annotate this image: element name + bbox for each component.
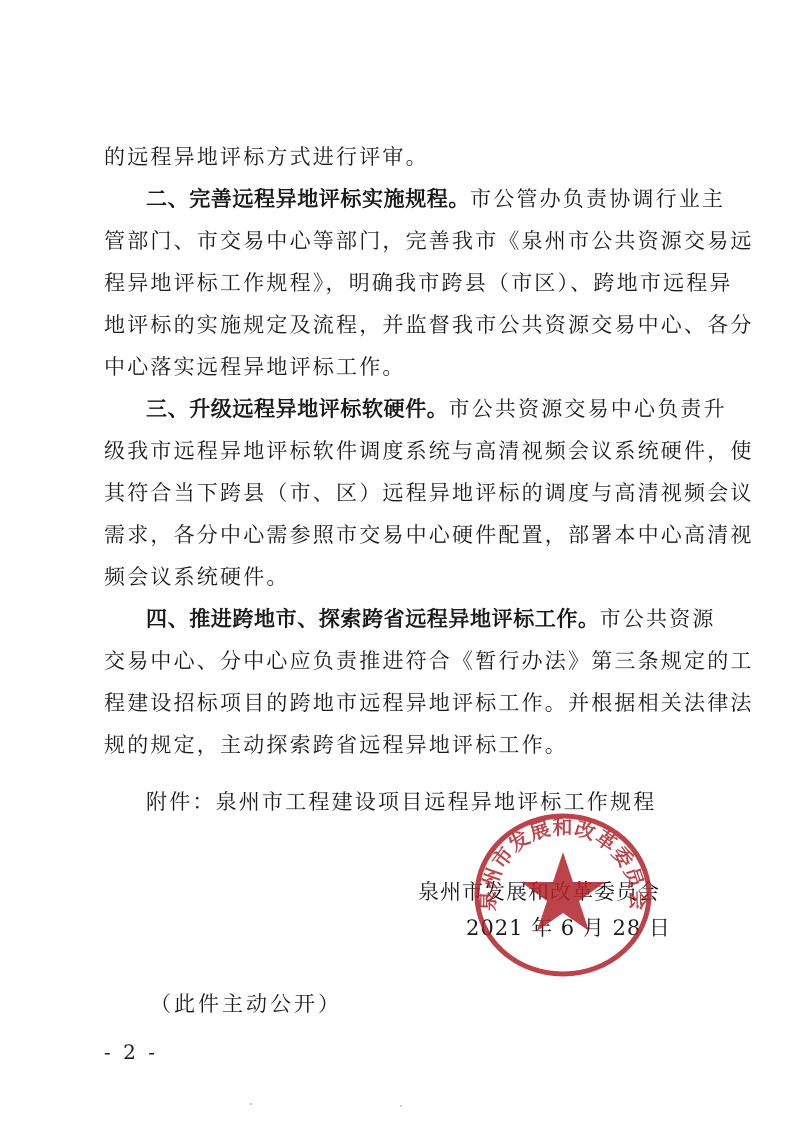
line-text: 程建设招标项目的跨地市远程异地评标工作。并根据相关法律法	[104, 691, 754, 715]
attachment-text: 附件：泉州市工程建设项目远程异地评标工作规程	[146, 790, 656, 814]
line-text: 交易中心、分中心应负责推进符合《暂行办法》第三条规定的工	[104, 649, 754, 673]
section-heading: 四、推进跨地市、探索跨省远程异地评标工作。	[146, 607, 600, 631]
paragraph-line: 管部门、市交易中心等部门，完善我市《泉州市公共资源交易远	[104, 227, 694, 255]
scan-speck	[400, 1105, 402, 1107]
paragraph-line: 交易中心、分中心应负责推进符合《暂行办法》第三条规定的工	[104, 647, 694, 675]
paragraph-line: 程异地评标工作规程》，明确我市跨县（市区）、跨地市远程异	[104, 269, 694, 297]
section-heading: 三、升级远程异地评标软硬件。	[146, 397, 448, 421]
section-three-heading-line: 三、升级远程异地评标软硬件。市公共资源交易中心负责升	[146, 395, 694, 423]
line-text: 频会议系统硬件。	[104, 565, 290, 589]
line-text: 管部门、市交易中心等部门，完善我市《泉州市公共资源交易远	[104, 229, 754, 253]
line-text: 程异地评标工作规程》，明确我市跨县（市区）、跨地市远程异	[104, 271, 733, 295]
line-text: 地评标的实施规定及流程，并监督我市公共资源交易中心、各分	[104, 313, 754, 337]
paragraph-line: 地评标的实施规定及流程，并监督我市公共资源交易中心、各分	[104, 311, 694, 339]
line-text: 的远程异地评标方式进行评审。	[104, 145, 429, 169]
page-number: - 2 -	[104, 1040, 158, 1064]
paragraph-line: 程建设招标项目的跨地市远程异地评标工作。并根据相关法律法	[104, 689, 694, 717]
official-seal-icon: 泉州市发展和改革委员会	[472, 812, 654, 978]
disclosure-note: （此件主动公开）	[150, 988, 342, 1018]
section-heading: 二、完善远程异地评标实施规程。	[146, 187, 470, 211]
paragraph-line: 其符合当下跨县（市、区）远程异地评标的调度与高清视频会议	[104, 479, 694, 507]
line-text: 规的规定，主动探索跨省远程异地评标工作。	[104, 733, 568, 757]
paragraph-line: 的远程异地评标方式进行评审。	[104, 143, 694, 171]
paragraph-line: 级我市远程异地评标软件调度系统与高清视频会议系统硬件，使	[104, 437, 694, 465]
line-text: 市公共资源交易中心负责升	[448, 397, 726, 421]
paragraph-line: 需求，各分中心需参照市交易中心硬件配置，部署本中心高清视	[104, 521, 694, 549]
section-four-heading-line: 四、推进跨地市、探索跨省远程异地评标工作。市公共资源	[146, 605, 694, 633]
line-text: 中心落实远程异地评标工作。	[104, 355, 406, 379]
line-text: 需求，各分中心需参照市交易中心硬件配置，部署本中心高清视	[104, 523, 754, 547]
line-text: 市公共资源	[600, 607, 716, 631]
line-text: 市公管办负责协调行业主	[470, 187, 725, 211]
paragraph-line: 规的规定，主动探索跨省远程异地评标工作。	[104, 731, 694, 759]
paragraph-line: 中心落实远程异地评标工作。	[104, 353, 694, 381]
section-two-heading-line: 二、完善远程异地评标实施规程。市公管办负责协调行业主	[146, 185, 694, 213]
scan-speck	[250, 1103, 252, 1105]
paragraph-line: 频会议系统硬件。	[104, 563, 694, 591]
line-text: 级我市远程异地评标软件调度系统与高清视频会议系统硬件，使	[104, 439, 754, 463]
line-text: 其符合当下跨县（市、区）远程异地评标的调度与高清视频会议	[104, 481, 754, 505]
